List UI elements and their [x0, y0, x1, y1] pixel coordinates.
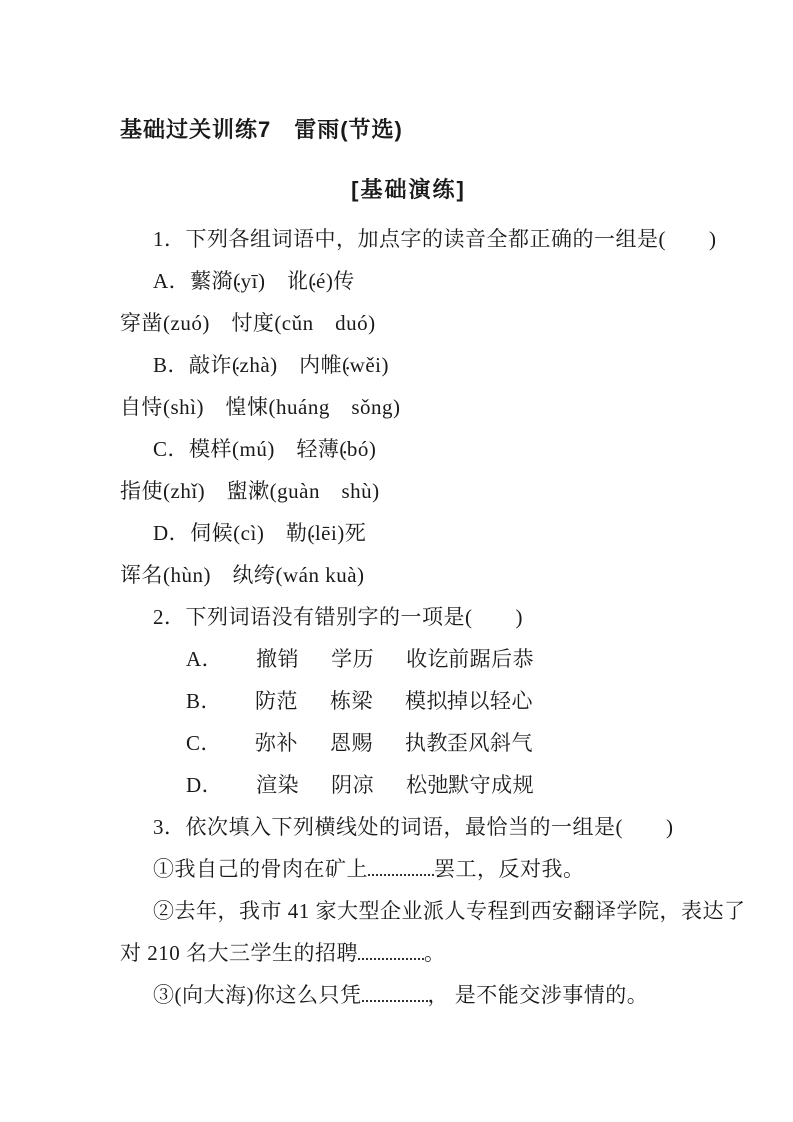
- q2-option-c-word4: 歪风斜气: [447, 731, 533, 755]
- q1-option-d-line1: D．伺候(cì) 勒(lēi)死: [120, 512, 697, 554]
- q3-item-1-blank: [368, 859, 434, 876]
- q3-item-2-line2: 对 210 名大三学生的招聘。: [120, 932, 697, 974]
- q3-item-2-pre: 对 210 名大三学生的招聘: [120, 941, 358, 965]
- q2-option-c-word3: 执教: [372, 722, 447, 764]
- q2-option-b-label: B．: [153, 680, 222, 722]
- q2-option-a-word1: 撤销: [223, 638, 298, 680]
- q3-item-2-blank: [358, 943, 424, 960]
- q1-option-c-line1: C．模样(mú) 轻薄(bó): [120, 428, 697, 470]
- q2-option-c-label: C．: [153, 722, 222, 764]
- q2-option-c-word1: 弥补: [222, 722, 297, 764]
- q2-option-a-word4: 前踞后恭: [448, 647, 534, 671]
- worksheet-page: 基础过关训练7 雷雨(节选) [基础演练] 1．下列各组词语中，加点字的读音全都…: [0, 0, 793, 1122]
- q1-option-b-line1: B．敲诈(zhà) 内帷(wěi): [120, 344, 697, 386]
- q1-option-a-line2: 穿凿(zuó) 忖度(cǔn duó): [120, 302, 697, 344]
- q2-option-b-word4: 掉以轻心: [447, 689, 533, 713]
- section-header: [基础演练]: [120, 176, 697, 204]
- q2-option-b-word3: 模拟: [372, 680, 447, 722]
- q1-option-b-line2: 自恃(shì) 惶悚(huáng sǒng): [120, 386, 697, 428]
- q1-option-c-line2: 指使(zhǐ) 盥漱(guàn shù): [120, 470, 697, 512]
- q2-option-a-word2: 学历: [298, 638, 373, 680]
- q3-item-3: ③(向大海)你这么只凭， 是不能交涉事情的。: [120, 974, 697, 1016]
- q1-stem: 1．下列各组词语中，加点字的读音全都正确的一组是( ): [120, 218, 697, 260]
- q3-item-3-pre: ③(向大海)你这么只凭: [153, 983, 362, 1007]
- q3-item-1-post: 罢工，反对我。: [434, 857, 585, 881]
- q2-option-a-label: A．: [153, 638, 223, 680]
- q2-stem: 2．下列词语没有错别字的一项是( ): [120, 596, 697, 638]
- q2-option-b-word2: 栋梁: [297, 680, 372, 722]
- q2-option-a-word3: 收讫: [373, 638, 448, 680]
- q2-option-d-word3: 松弛: [373, 764, 448, 806]
- q3-stem: 3．依次填入下列横线处的词语，最恰当的一组是( ): [120, 806, 697, 848]
- q3-item-3-post: ， 是不能交涉事情的。: [428, 983, 649, 1007]
- q2-option-b-word1: 防范: [222, 680, 297, 722]
- q2-option-b: B．防范栋梁模拟掉以轻心: [120, 680, 697, 722]
- q2-option-a: A．撤销学历收讫前踞后恭: [120, 638, 697, 680]
- q2-option-c-word2: 恩赐: [297, 722, 372, 764]
- q1-option-a-line1: A．蘩漪(yī) 讹(é)传: [120, 260, 697, 302]
- q2-option-d-word2: 阴凉: [298, 764, 373, 806]
- q2-option-d-word4: 默守成规: [448, 773, 534, 797]
- q3-item-1: ①我自己的骨肉在矿上罢工，反对我。: [120, 848, 697, 890]
- q1-option-d-line2: 诨名(hùn) 纨绔(wán kuà): [120, 554, 697, 596]
- q2-option-d-label: D．: [153, 764, 223, 806]
- q2-option-d-word1: 渲染: [223, 764, 298, 806]
- q2-option-c: C．弥补恩赐执教歪风斜气: [120, 722, 697, 764]
- q3-item-2-post: 。: [424, 941, 446, 965]
- q3-item-1-pre: ①我自己的骨肉在矿上: [153, 857, 368, 881]
- q3-item-2-line1: ②去年，我市 41 家大型企业派人专程到西安翻译学院，表达了: [120, 890, 697, 932]
- q3-item-3-blank: [362, 985, 428, 1002]
- q2-option-d: D．渲染阴凉松弛默守成规: [120, 764, 697, 806]
- page-title: 基础过关训练7 雷雨(节选): [120, 116, 697, 144]
